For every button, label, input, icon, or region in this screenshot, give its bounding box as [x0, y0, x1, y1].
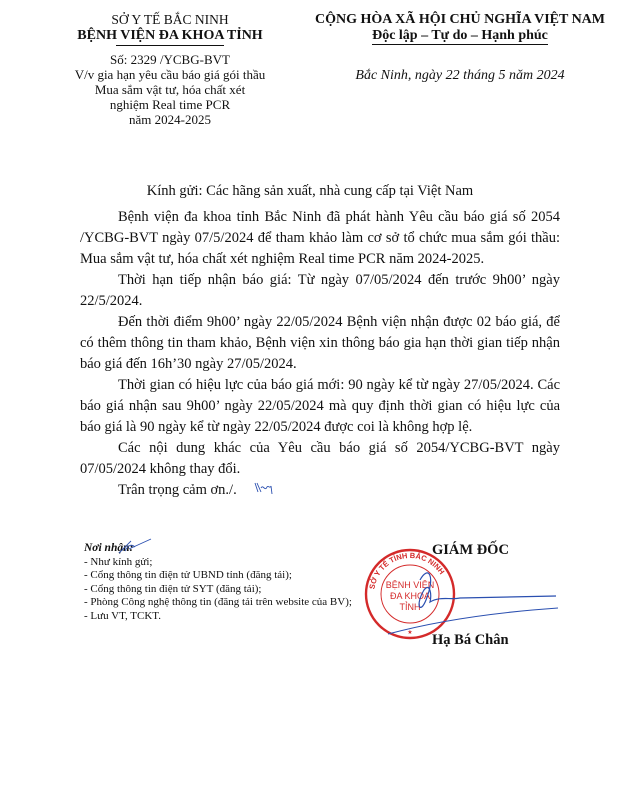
national-title: CỘNG HÒA XÃ HỘI CHỦ NGHĨA VIỆT NAM — [300, 12, 620, 28]
header-right: CỘNG HÒA XÃ HỘI CHỦ NGHĨA VIỆT NAM Độc l… — [300, 12, 620, 45]
department-name: SỞ Y TẾ BẮC NINH — [60, 12, 280, 28]
subject-line: V/v gia hạn yêu cầu báo giá gói thầu — [60, 67, 280, 82]
header-left: SỞ Y TẾ BẮC NINH BỆNH VIỆN ĐA KHOA TỈNH … — [60, 12, 280, 127]
initials-signature-icon — [253, 480, 275, 496]
subject-line: Mua sắm vật tư, hóa chất xét — [60, 82, 280, 97]
closing-line: Trân trọng cảm ơn./. — [80, 480, 560, 501]
body-paragraph: Các nội dung khác của Yêu cầu báo giá số… — [80, 438, 560, 480]
recipient-item: - Cổng thông tin điện tử SYT (đăng tải); — [84, 583, 404, 597]
organization-name: BỆNH VIỆN ĐA KHOA TỈNH — [60, 28, 280, 44]
recipient-line: Kính gửi: Các hãng sản xuất, nhà cung cấ… — [60, 183, 560, 200]
director-signature-icon — [380, 560, 560, 640]
recipient-item: - Lưu VT, TCKT. — [84, 610, 404, 624]
recipient-item: - Cổng thông tin điện tử UBND tỉnh (đăng… — [84, 569, 404, 583]
recipient-item: - Như kính gửi; — [84, 556, 404, 570]
recipient-item: - Phòng Công nghệ thông tin (đăng tải tr… — [84, 596, 404, 610]
body-paragraph: Bệnh viện đa khoa tỉnh Bắc Ninh đã phát … — [80, 207, 560, 270]
body-paragraph: Đến thời điểm 9h00’ ngày 22/05/2024 Bệnh… — [80, 312, 560, 375]
document-number: Số: 2329 /YCBG-BVT — [60, 52, 280, 67]
recipient-initials-icon — [115, 537, 155, 555]
subject-line: năm 2024-2025 — [60, 112, 280, 127]
signer-name: Hạ Bá Chân — [432, 632, 509, 649]
document-date: Bắc Ninh, ngày 22 tháng 5 năm 2024 — [300, 68, 620, 84]
header-divider — [116, 45, 224, 46]
body-paragraph: Thời hạn tiếp nhận báo giá: Từ ngày 07/0… — [80, 270, 560, 312]
document-body: Bệnh viện đa khoa tỉnh Bắc Ninh đã phát … — [80, 207, 560, 501]
subject-line: nghiệm Real time PCR — [60, 97, 280, 112]
body-paragraph: Thời gian có hiệu lực của báo giá mới: 9… — [80, 375, 560, 438]
national-motto: Độc lập – Tự do – Hạnh phúc — [372, 28, 548, 45]
